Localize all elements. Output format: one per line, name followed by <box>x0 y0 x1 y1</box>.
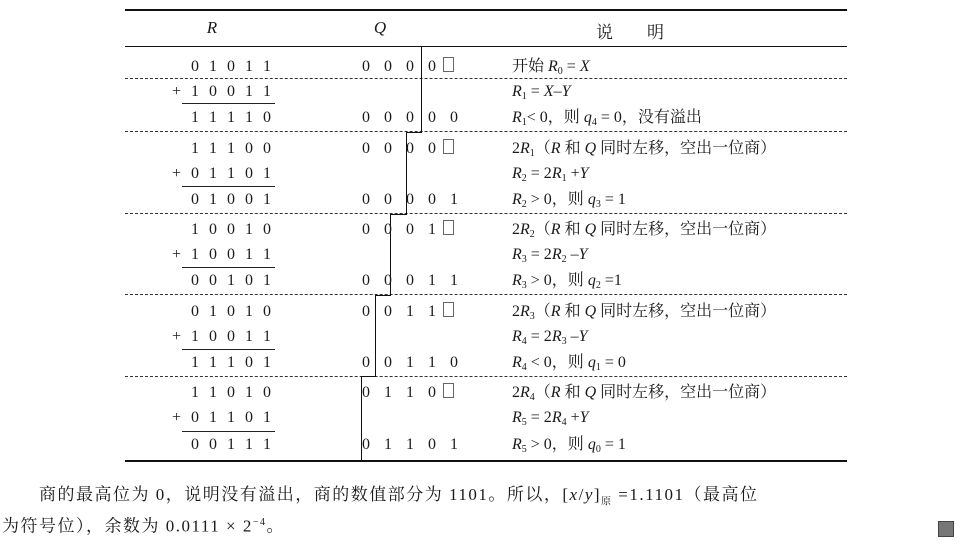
step-description: 2R2（R 和 Q 同时左移，空出一位商） <box>512 220 776 245</box>
empty-quotient-bit-icon <box>443 220 454 235</box>
r-value: 1 0 0 1 0 <box>150 220 274 240</box>
r-value: 0 1 0 1 0 <box>150 302 274 322</box>
q-value: 0 0 1 1 0 <box>362 353 463 373</box>
q-value: 0 1 1 0 1 <box>362 435 463 455</box>
r-value: 1 1 0 1 0 <box>150 383 274 403</box>
table-header-rule <box>125 46 847 47</box>
sum-underline <box>182 103 275 104</box>
r-value: 0 0 1 1 1 <box>150 435 274 455</box>
step-description: 2R3（R 和 Q 同时左移，空出一位商） <box>512 302 776 327</box>
r-value: 1 1 1 0 0 <box>150 139 274 159</box>
end-of-example-icon <box>938 521 954 537</box>
step-description: R3 = 2R2 –Y <box>512 245 588 270</box>
r-value: 0 1 0 0 1 <box>150 190 274 210</box>
step-description: R2 > 0，则 q3 = 1 <box>512 190 626 215</box>
header-q: Q <box>330 18 430 38</box>
sum-underline <box>182 431 275 432</box>
group-separator <box>125 213 847 214</box>
q-value: 0 0 0 0 <box>362 57 454 77</box>
conclusion-line-1: 商的最高位为 0，说明没有溢出，商的数值部分为 1101。所以，[x/y]原 =… <box>2 484 759 513</box>
sum-underline <box>182 349 275 350</box>
step-description: R2 = 2R1 +Y <box>512 164 589 189</box>
empty-quotient-bit-icon <box>443 139 454 154</box>
step-description: R1 = X–Y <box>512 82 571 107</box>
step-description: R5 = 2R4 +Y <box>512 408 589 433</box>
q-value: 0 1 1 0 <box>362 383 454 403</box>
q-value: 0 0 0 1 <box>362 220 454 240</box>
r-value: + 1 0 0 1 1 <box>150 327 274 347</box>
header-r: R <box>150 18 274 38</box>
empty-quotient-bit-icon <box>443 57 454 72</box>
sum-underline <box>182 267 275 268</box>
r-value: + 0 1 1 0 1 <box>150 164 274 184</box>
step-description: 2R1（R 和 Q 同时左移，空出一位商） <box>512 139 776 164</box>
r-value: + 0 1 1 0 1 <box>150 408 274 428</box>
step-description: R3 > 0，则 q2 =1 <box>512 271 622 296</box>
sum-underline <box>182 186 275 187</box>
q-value: 0 0 0 1 1 <box>362 271 463 291</box>
table-bottom-rule <box>125 460 847 462</box>
quotient-boundary <box>375 295 391 296</box>
step-description: R5 > 0，则 q0 = 1 <box>512 435 626 460</box>
group-separator <box>125 131 847 132</box>
step-description: R4 < 0，则 q1 = 0 <box>512 353 626 378</box>
r-value: 1 1 1 0 1 <box>150 353 274 373</box>
empty-quotient-bit-icon <box>443 302 454 317</box>
step-description: R1< 0，则 q4 = 0，没有溢出 <box>512 108 702 133</box>
step-description: 开始 R0 = X <box>512 57 590 82</box>
empty-quotient-bit-icon <box>443 383 454 398</box>
r-value: 0 0 1 0 1 <box>150 271 274 291</box>
r-value: + 1 0 0 1 1 <box>150 245 274 265</box>
q-value: 0 0 0 0 0 <box>362 108 463 128</box>
group-separator <box>125 294 847 295</box>
step-description: R4 = 2R3 –Y <box>512 327 588 352</box>
q-value: 0 0 0 0 <box>362 139 454 159</box>
r-value: 0 1 0 1 1 <box>150 57 274 77</box>
group-separator <box>125 78 847 79</box>
header-desc: 说 明 <box>540 18 720 43</box>
quotient-boundary <box>361 376 376 377</box>
conclusion-line-2: 为符号位），余数为 0.0111 × 2−4。 <box>2 512 285 538</box>
q-value: 0 0 0 0 1 <box>362 190 463 210</box>
step-description: 2R4（R 和 Q 同时左移，空出一位商） <box>512 383 776 408</box>
quotient-boundary <box>406 132 422 133</box>
r-value: + 1 0 0 1 1 <box>150 82 274 102</box>
q-value: 0 0 1 1 <box>362 302 454 322</box>
group-separator <box>125 376 847 377</box>
r-value: 1 1 1 1 0 <box>150 108 274 128</box>
table-top-rule <box>125 9 847 11</box>
quotient-boundary <box>390 214 407 215</box>
